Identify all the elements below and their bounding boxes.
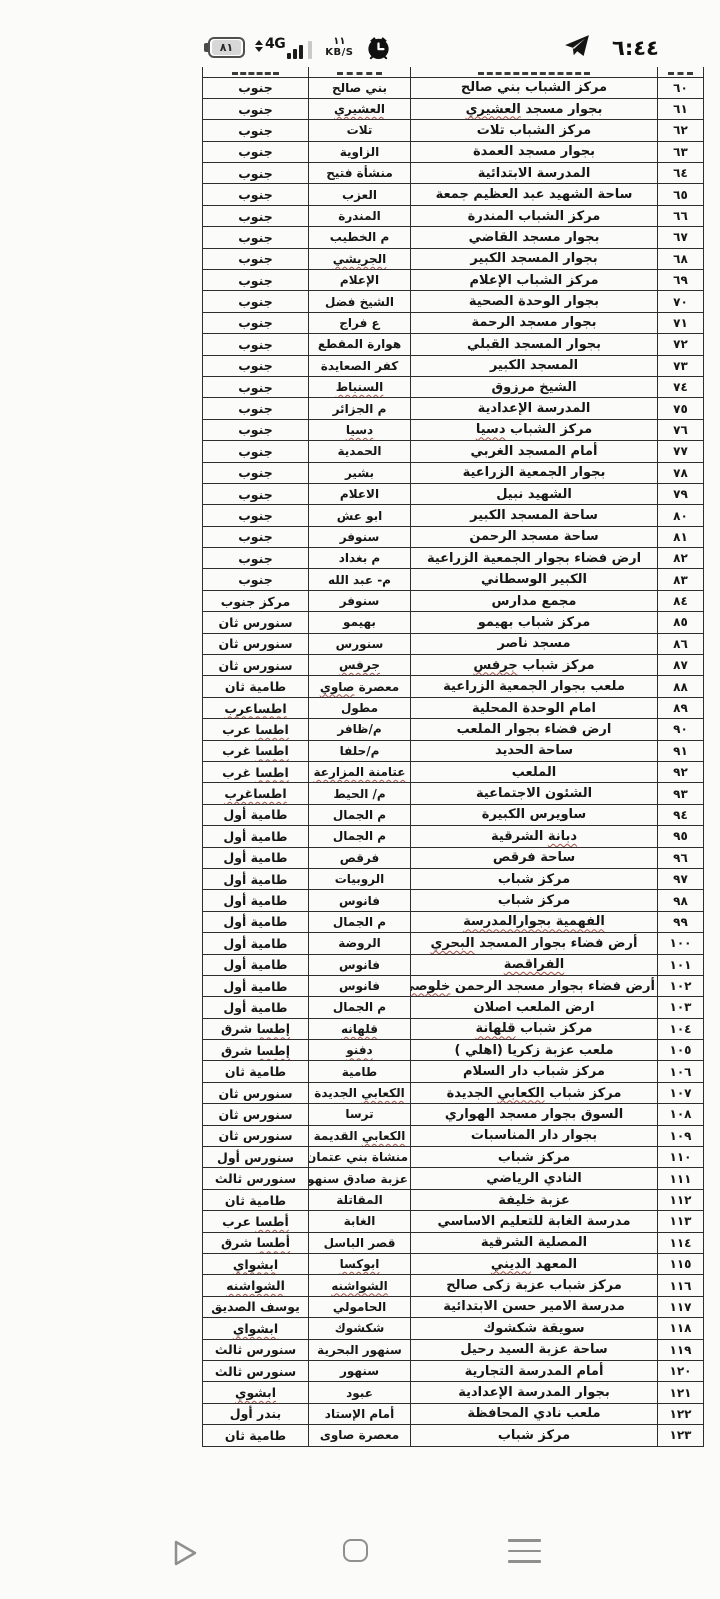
location-cell: السوق بجوار مسجد الهواري — [411, 1104, 658, 1125]
location-cell: المصلية الشرقية — [411, 1232, 658, 1253]
row-number-cell: ٧١ — [658, 312, 704, 333]
district-cell: اطسا غرب — [203, 762, 309, 783]
row-number-cell: ٦٢ — [658, 120, 704, 141]
table-row: ٨١ساحة مسجد الرحمنسنوفرجنوب — [203, 526, 704, 547]
table-row: ١٠٥ملعب عزبة زكريا (اهلي )دفنوإطسا شرق — [203, 1040, 704, 1061]
name-cell: الزاوية — [309, 141, 411, 162]
row-number-cell: ١١٥ — [658, 1253, 704, 1274]
status-left-cluster: ٨١ 4G ١١ KB/S — [204, 34, 392, 61]
district-cell: طامية أول — [203, 954, 309, 975]
district-cell: طامية أول — [203, 975, 309, 996]
row-number-cell: ٧٣ — [658, 355, 704, 376]
network-indicator: 4G — [255, 36, 312, 59]
speed-value: ١١ — [333, 37, 345, 48]
name-cell: العشيري — [309, 98, 411, 119]
district-cell: الشواشنه — [203, 1275, 309, 1296]
table-row: ٨٩امام الوحدة المحليةمطولاطساعرب — [203, 697, 704, 718]
table-row: ٧٥المدرسة الإعداديةم الجزائرجنوب — [203, 398, 704, 419]
location-cell: ساحة الحديد — [411, 740, 658, 761]
row-number-cell: ١١٠ — [658, 1147, 704, 1168]
row-number-cell: ١١٩ — [658, 1339, 704, 1360]
location-cell: مركز الشباب الإعلام — [411, 270, 658, 291]
district-cell: بندر أول — [203, 1403, 309, 1424]
location-cell: سويقة شكشوك — [411, 1318, 658, 1339]
location-cell: بجوار الجمعية الزراعية — [411, 462, 658, 483]
name-cell: بهيمو — [309, 612, 411, 633]
table-row: ١٢٠أمام المدرسة التجاريةسنهورسنورس ثالث — [203, 1360, 704, 1381]
district-cell: ابشواي — [203, 1318, 309, 1339]
location-cell: مدرسة الغابة للتعليم الاساسي — [411, 1211, 658, 1232]
district-cell: جنوب — [203, 526, 309, 547]
location-cell: مركز شباب دار السلام — [411, 1061, 658, 1082]
table-row: ٦٤المدرسة الابتدائيةمنشأة فتيحجنوب — [203, 163, 704, 184]
row-number-cell: ١٠١ — [658, 954, 704, 975]
table-row: ٦٢مركز الشباب تلاتتلاتجنوب — [203, 120, 704, 141]
row-number-cell: ١١٣ — [658, 1211, 704, 1232]
district-cell: سنورس ثان — [203, 1125, 309, 1146]
table-row: ١٢١بجوار المدرسة الإعداديةعبودابشوي — [203, 1382, 704, 1403]
row-number-cell: ٦٠ — [658, 77, 704, 98]
district-cell: جنوب — [203, 248, 309, 269]
district-cell: سنورس ثان — [203, 1082, 309, 1103]
table-row: ٦١بجوار مسجد العشيريالعشيريجنوب — [203, 98, 704, 119]
name-cell: م الجمال — [309, 911, 411, 932]
row-number-cell: ٦٩ — [658, 270, 704, 291]
table-row: ١٢٣مركز شبابمعصرة صاوىطامية ثان — [203, 1425, 704, 1446]
location-cell: امام الوحدة المحلية — [411, 697, 658, 718]
name-cell: م/ الحيط — [309, 783, 411, 804]
location-cell: ساويرس الكبيرة — [411, 804, 658, 825]
name-cell: المندرة — [309, 205, 411, 226]
network-type-label: 4G — [265, 36, 285, 52]
name-cell: م الجمال — [309, 997, 411, 1018]
name-cell: ترسا — [309, 1104, 411, 1125]
location-cell: مركز الشباب بني صالح — [411, 77, 658, 98]
district-cell: سنورس ثالث — [203, 1339, 309, 1360]
table-row: ١١٤المصلية الشرقيةقصر الباسلأطسا شرق — [203, 1232, 704, 1253]
name-cell: سنهور البحرية — [309, 1339, 411, 1360]
row-number-cell: ٩٢ — [658, 762, 704, 783]
name-cell: بني صالح — [309, 77, 411, 98]
table-row: ١١١النادي الرياضيعزبة صادق سنهورسنورس ثا… — [203, 1168, 704, 1189]
location-cell: مدرسة الامير حسن الابتدائية — [411, 1296, 658, 1317]
district-cell: جنوب — [203, 441, 309, 462]
location-cell: مركز شباب الكعابي الجديدة — [411, 1082, 658, 1103]
row-number-cell: ٧٦ — [658, 419, 704, 440]
district-cell: طامية ثان — [203, 1189, 309, 1210]
name-cell: م الجمال — [309, 826, 411, 847]
table-row: ٩٥دبانة الشرقيةم الجمالطامية أول — [203, 826, 704, 847]
row-number-cell: ١٢٣ — [658, 1425, 704, 1446]
district-cell: جنوب — [203, 270, 309, 291]
district-cell: سنورس ثان — [203, 1104, 309, 1125]
table-row: ٦٩مركز الشباب الإعلامالإعلامجنوب — [203, 270, 704, 291]
row-number-cell: ١١١ — [658, 1168, 704, 1189]
table-row: ١١٠مركز شبابمنشاة بني عتمانسنورس أول — [203, 1147, 704, 1168]
district-cell: ابشوي — [203, 1382, 309, 1403]
location-cell: عزبة خليفة — [411, 1189, 658, 1210]
name-cell: سنوفر — [309, 526, 411, 547]
district-cell: طامية أول — [203, 997, 309, 1018]
location-cell: بجوار مسجد العمدة — [411, 141, 658, 162]
location-cell: المدرسة الإعدادية — [411, 398, 658, 419]
home-icon[interactable] — [343, 1539, 368, 1562]
district-cell: ابشواي — [203, 1253, 309, 1274]
table-row: ١٠٦مركز شباب دار السلامطاميةطامية ثان — [203, 1061, 704, 1082]
table-row: ٩٧مركز شبابالروبياتطامية أول — [203, 868, 704, 889]
row-number-cell: ١٠٤ — [658, 1018, 704, 1039]
location-cell: مجمع مدارس — [411, 590, 658, 611]
table-row: ٩٦ساحة فرقصفرقصطامية أول — [203, 847, 704, 868]
location-cell: مركز شباب — [411, 1147, 658, 1168]
row-number-cell: ٦٨ — [658, 248, 704, 269]
location-cell: ارض فضاء بجوار الجمعية الزراعية — [411, 548, 658, 569]
location-cell: ساحة فرقص — [411, 847, 658, 868]
location-cell: المعهد الديني — [411, 1253, 658, 1274]
table-row: ١١٦مركز شباب عزبة زكى صالحالشواشنهالشواش… — [203, 1275, 704, 1296]
name-cell: الروبيات — [309, 868, 411, 889]
name-cell: فانوس — [309, 890, 411, 911]
district-cell: سنورس ثالث — [203, 1360, 309, 1381]
district-cell: طامية أول — [203, 847, 309, 868]
table-row: ٧٧أمام المسجد الغربيالحمديةجنوب — [203, 441, 704, 462]
district-cell: طامية أول — [203, 868, 309, 889]
district-cell: يوسف الصديق — [203, 1296, 309, 1317]
signal-bars-icon — [287, 41, 312, 59]
district-cell: إطسا شرق — [203, 1018, 309, 1039]
name-cell: الغابة — [309, 1211, 411, 1232]
signal-arrows-icon — [255, 40, 263, 52]
location-cell: مركز شباب — [411, 868, 658, 889]
row-number-cell: ١٠٣ — [658, 997, 704, 1018]
row-number-cell: ١٠٠ — [658, 933, 704, 954]
row-number-cell: ١٠٢ — [658, 975, 704, 996]
table-row: ٦٥ساحة الشهيد عبد العظيم جمعةالعزبجنوب — [203, 184, 704, 205]
district-cell: مركز جنوب — [203, 590, 309, 611]
alarm-clock-icon — [365, 34, 392, 61]
table-row: ٨٢ارض فضاء بجوار الجمعية الزراعيةم بغداد… — [203, 548, 704, 569]
location-cell: ساحة المسجد الكبير — [411, 505, 658, 526]
location-cell: النادي الرياضي — [411, 1168, 658, 1189]
row-number-cell: ٧٢ — [658, 334, 704, 355]
name-cell: المقاتلة — [309, 1189, 411, 1210]
name-cell: بشير — [309, 462, 411, 483]
name-cell: سنوفر — [309, 590, 411, 611]
district-cell: جنوب — [203, 462, 309, 483]
table-row: ١٠٠أرض فضاء بجوار المسجد البحريالروضةطام… — [203, 933, 704, 954]
table-row: ٩٢الملعبعتامنة المزارعةاطسا غرب — [203, 762, 704, 783]
table-row: ٧٢بجوار المسجد القبليهوارة المقطعجنوب — [203, 334, 704, 355]
name-cell: عتامنة المزارعة — [309, 762, 411, 783]
row-number-cell: ٦٧ — [658, 227, 704, 248]
name-cell: السنباط — [309, 376, 411, 397]
name-cell: الحمدية — [309, 441, 411, 462]
name-cell: معصرة صاوى — [309, 1425, 411, 1446]
table-row: ٦٦مركز الشباب المندرةالمندرةجنوب — [203, 205, 704, 226]
location-cell: المسجد الكبير — [411, 355, 658, 376]
name-cell: منشأة فتيح — [309, 163, 411, 184]
name-cell: فانوس — [309, 975, 411, 996]
name-cell: م/ظافر — [309, 719, 411, 740]
district-cell: سنورس ثان — [203, 655, 309, 676]
location-cell: المدرسة الابتدائية — [411, 163, 658, 184]
row-number-cell: ١١٨ — [658, 1318, 704, 1339]
table-row: ١٠٨السوق بجوار مسجد الهواريترساسنورس ثان — [203, 1104, 704, 1125]
district-cell: جنوب — [203, 334, 309, 355]
name-cell: عزبة صادق سنهور — [309, 1168, 411, 1189]
table-row: ١٢٢ملعب نادي المحافظةأمام الإستادبندر أو… — [203, 1403, 704, 1424]
row-number-cell: ٩٣ — [658, 783, 704, 804]
district-cell: طامية أول — [203, 804, 309, 825]
name-cell: الروضة — [309, 933, 411, 954]
location-cell: مركز شباب بهيمو — [411, 612, 658, 633]
district-cell: طامية أول — [203, 826, 309, 847]
location-cell: أمام المسجد الغربي — [411, 441, 658, 462]
table-row: ٩٣الشئون الاجتماعيةم/ الحيطاطساغرب — [203, 783, 704, 804]
battery-icon: ٨١ — [204, 37, 246, 58]
row-number-cell: ٦١ — [658, 98, 704, 119]
location-cell: أرض فضاء بجوار المسجد البحري — [411, 933, 658, 954]
table-row: ٦٨بجوار المسجد الكبيرالجريشيجنوب — [203, 248, 704, 269]
row-number-cell: ٦٥ — [658, 184, 704, 205]
network-speed: ١١ KB/S — [325, 37, 353, 58]
speed-unit: KB/S — [325, 48, 353, 59]
name-cell: جرفس — [309, 655, 411, 676]
row-number-cell: ٦٣ — [658, 141, 704, 162]
name-cell: العزب — [309, 184, 411, 205]
back-icon[interactable] — [172, 1538, 198, 1571]
district-cell: إطسا شرق — [203, 1040, 309, 1061]
table-row: ١٠٣ارض الملعب اصلانم الجمالطامية أول — [203, 997, 704, 1018]
district-cell: جنوب — [203, 355, 309, 376]
location-cell: مركز شباب — [411, 1425, 658, 1446]
district-cell: جنوب — [203, 398, 309, 419]
table-row: ٨٠ساحة المسجد الكبيرابو عشجنوب — [203, 505, 704, 526]
name-cell: سنهور — [309, 1360, 411, 1381]
district-cell: جنوب — [203, 205, 309, 226]
name-cell: منشاة بني عتمان — [309, 1147, 411, 1168]
row-number-cell: ١٢٢ — [658, 1403, 704, 1424]
row-number-cell: ٧٧ — [658, 441, 704, 462]
row-number-cell: ٧٤ — [658, 376, 704, 397]
district-cell: طامية أول — [203, 911, 309, 932]
table-row: ٧١بجوار مسجد الرحمةع فراججنوب — [203, 312, 704, 333]
name-cell: فرقص — [309, 847, 411, 868]
table-row: ٧٠بجوار الوحدة الصحيةالشيخ فضلجنوب — [203, 291, 704, 312]
table-row: ٨٨ملعب بجوار الجمعية الزراعيةمعصرة صاويط… — [203, 676, 704, 697]
name-cell: طامية — [309, 1061, 411, 1082]
battery-percent: ٨١ — [212, 40, 241, 55]
location-cell: أرض فضاء بجوار مسجد الرحمن خلوصى — [411, 975, 658, 996]
table-row: ٨٤مجمع مدارسسنوفرمركز جنوب — [203, 590, 704, 611]
table-row: ١١٣مدرسة الغابة للتعليم الاساسيالغابةأطس… — [203, 1211, 704, 1232]
location-cell: بجوار مسجد العشيري — [411, 98, 658, 119]
name-cell: أمام الإستاد — [309, 1403, 411, 1424]
district-cell: سنورس ثان — [203, 633, 309, 654]
row-number-cell: ١٠٦ — [658, 1061, 704, 1082]
name-cell: الحامولي — [309, 1296, 411, 1317]
row-number-cell: ١٠٧ — [658, 1082, 704, 1103]
district-cell: جنوب — [203, 569, 309, 590]
location-cell: مركز شباب جرفس — [411, 655, 658, 676]
district-cell: طامية أول — [203, 890, 309, 911]
name-cell: هوارة المقطع — [309, 334, 411, 355]
location-cell: ساحة عزبة السيد رحيل — [411, 1339, 658, 1360]
district-cell: جنوب — [203, 141, 309, 162]
location-cell: الفهمية بجوارالمدرسة — [411, 911, 658, 932]
row-number-cell: ٦٦ — [658, 205, 704, 226]
table-row: ١٠٢أرض فضاء بجوار مسجد الرحمن خلوصىفانوس… — [203, 975, 704, 996]
name-cell: م الجمال — [309, 804, 411, 825]
location-cell: مركز شباب — [411, 890, 658, 911]
district-cell: طامية ثان — [203, 676, 309, 697]
location-cell: ارض الملعب اصلان — [411, 997, 658, 1018]
row-number-cell: ٨٦ — [658, 633, 704, 654]
document-table: ٦٠مركز الشباب بني صالحبني صالحجنوب٦١بجوا… — [202, 67, 704, 1447]
status-right-cluster: ٦:٤٤ — [564, 34, 659, 62]
district-cell: اطسا عرب — [203, 719, 309, 740]
menu-icon[interactable] — [508, 1539, 541, 1563]
row-number-cell: ١٠٨ — [658, 1104, 704, 1125]
row-number-cell: ٩٩ — [658, 911, 704, 932]
row-number-cell: ٨٣ — [658, 569, 704, 590]
row-number-cell: ٧٩ — [658, 483, 704, 504]
location-cell: الشئون الاجتماعية — [411, 783, 658, 804]
row-number-cell: ٨٩ — [658, 697, 704, 718]
row-number-cell: ٨٢ — [658, 548, 704, 569]
location-cell: ساحة الشهيد عبد العظيم جمعة — [411, 184, 658, 205]
name-cell: ابوكسا — [309, 1253, 411, 1274]
district-cell: سنورس ثان — [203, 612, 309, 633]
name-cell: دسيا — [309, 419, 411, 440]
table-row: ٩٠ارض فضاء بجوار الملعبم/ظافراطسا عرب — [203, 719, 704, 740]
row-number-cell: ٩١ — [658, 740, 704, 761]
table-row: ٧٤الشيخ مرزوقالسنباطجنوب — [203, 376, 704, 397]
table-row: ٩٩الفهمية بجوارالمدرسةم الجمالطامية أول — [203, 911, 704, 932]
paper-plane-icon — [564, 34, 590, 62]
name-cell: شكشوك — [309, 1318, 411, 1339]
status-time: ٦:٤٤ — [612, 36, 659, 60]
table-row: ٨٥مركز شباب بهيموبهيموسنورس ثان — [203, 612, 704, 633]
table-row: ٩١ساحة الحديدم/حلفااطسا غرب — [203, 740, 704, 761]
name-cell: قصر الباسل — [309, 1232, 411, 1253]
district-cell: أطسا شرق — [203, 1232, 309, 1253]
table-row: ٧٩الشهيد نبيلالاعلامجنوب — [203, 483, 704, 504]
name-cell: فانوس — [309, 954, 411, 975]
table-row: ١١٢عزبة خليفةالمقاتلةطامية ثان — [203, 1189, 704, 1210]
nav-bar — [0, 1532, 720, 1576]
row-number-cell: ٦٤ — [658, 163, 704, 184]
location-cell: بجوار دار المناسبات — [411, 1125, 658, 1146]
district-cell: سنورس أول — [203, 1147, 309, 1168]
table-row: ٦٣بجوار مسجد العمدةالزاويةجنوب — [203, 141, 704, 162]
location-cell: بجوار المسجد الكبير — [411, 248, 658, 269]
name-cell: الكعابي القديمة — [309, 1125, 411, 1146]
district-cell: اطسا غرب — [203, 740, 309, 761]
row-number-cell: ٩٠ — [658, 719, 704, 740]
row-number-cell: ٨٨ — [658, 676, 704, 697]
row-number-cell: ١٠٥ — [658, 1040, 704, 1061]
district-cell: جنوب — [203, 483, 309, 504]
clipped-top-row — [203, 67, 704, 77]
district-cell: طامية ثان — [203, 1425, 309, 1446]
row-number-cell: ١١٧ — [658, 1296, 704, 1317]
name-cell: م الخطيب — [309, 227, 411, 248]
table-row: ٨٣الكبير الوسطانيم- عبد اللهجنوب — [203, 569, 704, 590]
location-cell: ارض فضاء بجوار الملعب — [411, 719, 658, 740]
table-row: ١١٩ساحة عزبة السيد رحيلسنهور البحريةسنور… — [203, 1339, 704, 1360]
location-cell: الملعب — [411, 762, 658, 783]
table-row: ١٠٩بجوار دار المناسباتالكعابي القديمةسنو… — [203, 1125, 704, 1146]
name-cell: الشواشنه — [309, 1275, 411, 1296]
row-number-cell: ١١٤ — [658, 1232, 704, 1253]
name-cell: معصرة صاوي — [309, 676, 411, 697]
district-cell: اطساغرب — [203, 783, 309, 804]
table-row: ١٠٧مركز شباب الكعابي الجديدةالكعابي الجد… — [203, 1082, 704, 1103]
row-number-cell: ٩٨ — [658, 890, 704, 911]
location-cell: الكبير الوسطاني — [411, 569, 658, 590]
location-cell: ملعب نادي المحافظة — [411, 1403, 658, 1424]
row-number-cell: ١١٢ — [658, 1189, 704, 1210]
district-cell: جنوب — [203, 184, 309, 205]
table-row: ١١٨سويقة شكشوكشكشوكابشواي — [203, 1318, 704, 1339]
district-cell: جنوب — [203, 163, 309, 184]
location-cell: ساحة مسجد الرحمن — [411, 526, 658, 547]
district-cell: اطساعرب — [203, 697, 309, 718]
table-row: ١٠١الفراقصةفانوسطامية أول — [203, 954, 704, 975]
name-cell: الشيخ فضل — [309, 291, 411, 312]
row-number-cell: ٩٥ — [658, 826, 704, 847]
name-cell: ابو عش — [309, 505, 411, 526]
table-row: ٩٨مركز شبابفانوسطامية أول — [203, 890, 704, 911]
table-row: ١١٧مدرسة الامير حسن الابتدائيةالحامولييو… — [203, 1296, 704, 1317]
status-bar: ٨١ 4G ١١ KB/S — [0, 0, 720, 62]
name-cell: دفنو — [309, 1040, 411, 1061]
name-cell: عبود — [309, 1382, 411, 1403]
table-row: ٧٣المسجد الكبيركفر الصعايدةجنوب — [203, 355, 704, 376]
name-cell: الكعابي الجديدة — [309, 1082, 411, 1103]
row-number-cell: ٧٨ — [658, 462, 704, 483]
district-cell: جنوب — [203, 419, 309, 440]
table-body: ٦٠مركز الشباب بني صالحبني صالحجنوب٦١بجوا… — [203, 67, 704, 1446]
district-cell: جنوب — [203, 77, 309, 98]
table-row: ٧٦مركز الشباب دسيادسياجنوب — [203, 419, 704, 440]
location-cell: مركز الشباب تلات — [411, 120, 658, 141]
district-cell: جنوب — [203, 548, 309, 569]
location-cell: الفراقصة — [411, 954, 658, 975]
row-number-cell: ٧٥ — [658, 398, 704, 419]
district-cell: أطسا عرب — [203, 1211, 309, 1232]
district-cell: جنوب — [203, 227, 309, 248]
location-cell: بجوار مسجد القاضي — [411, 227, 658, 248]
name-cell: م الجزائر — [309, 398, 411, 419]
name-cell: الإعلام — [309, 270, 411, 291]
district-cell: جنوب — [203, 312, 309, 333]
row-number-cell: ٨٠ — [658, 505, 704, 526]
location-cell: بجوار الوحدة الصحية — [411, 291, 658, 312]
table-row: ٧٨بجوار الجمعية الزراعيةبشيرجنوب — [203, 462, 704, 483]
district-cell: جنوب — [203, 505, 309, 526]
table-row: ٨٧مركز شباب جرفسجرفسسنورس ثان — [203, 655, 704, 676]
table-row: ١٠٤مركز شباب قلهانةقلهانهإطسا شرق — [203, 1018, 704, 1039]
name-cell: سنورس — [309, 633, 411, 654]
row-number-cell: ٩٧ — [658, 868, 704, 889]
table-row: ٨٦مسجد ناصرسنورسسنورس ثان — [203, 633, 704, 654]
row-number-cell: ١٢٠ — [658, 1360, 704, 1381]
row-number-cell: ٩٤ — [658, 804, 704, 825]
row-number-cell: ٨١ — [658, 526, 704, 547]
row-number-cell: ١٢١ — [658, 1382, 704, 1403]
